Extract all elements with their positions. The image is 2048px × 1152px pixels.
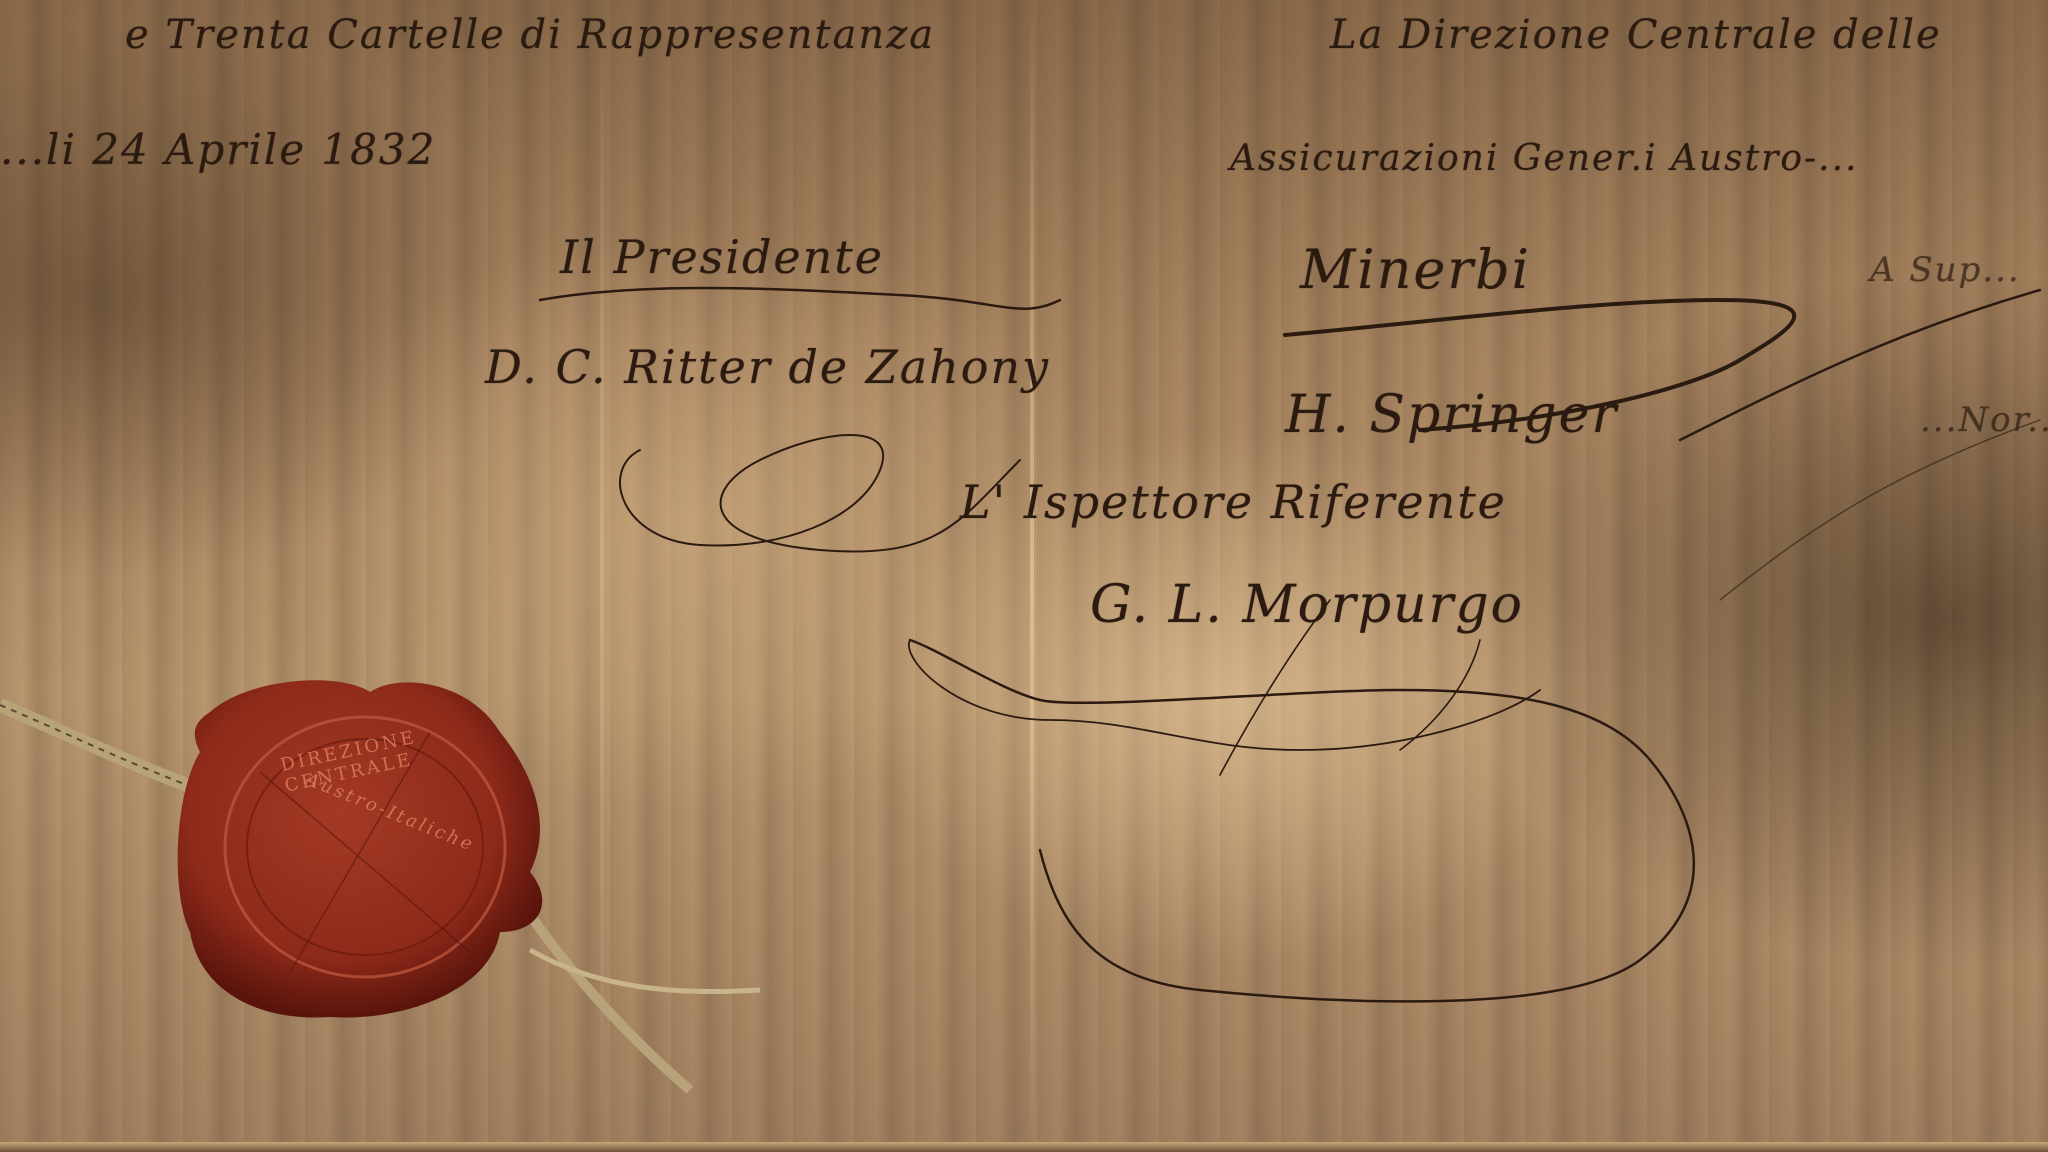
signature-name-minerbi: Minerbi bbox=[1300, 238, 1531, 301]
signature-title-ispettore: L' Ispettore Riferente bbox=[960, 475, 1507, 529]
signature-name-springer: H. Springer bbox=[1285, 385, 1618, 445]
wax-seal: DIREZIONE CENTRALE Austro-Italiche bbox=[170, 672, 550, 1032]
margin-fragment: ...Nor... bbox=[1920, 400, 2048, 440]
text-line-top-left: e Trenta Cartelle di Rappresentanza bbox=[125, 12, 935, 58]
signature-name-morpurgo: G. L. Morpurgo bbox=[1090, 575, 1524, 635]
date-line: ...li 24 Aprile 1832 bbox=[0, 125, 436, 174]
signature-name-zahony: D. C. Ritter de Zahony bbox=[485, 340, 1050, 394]
margin-fragment: A Sup... bbox=[1870, 250, 2021, 290]
paper-crease bbox=[1030, 0, 1034, 1152]
paper-crease bbox=[600, 0, 604, 1152]
company-line: Assicurazioni Gener.i Austro-... bbox=[1230, 138, 1859, 179]
text-line-top-right: La Direzione Centrale delle bbox=[1330, 12, 1942, 58]
signature-title-presidente: Il Presidente bbox=[560, 230, 884, 284]
paper-bottom-edge bbox=[0, 1142, 2048, 1152]
